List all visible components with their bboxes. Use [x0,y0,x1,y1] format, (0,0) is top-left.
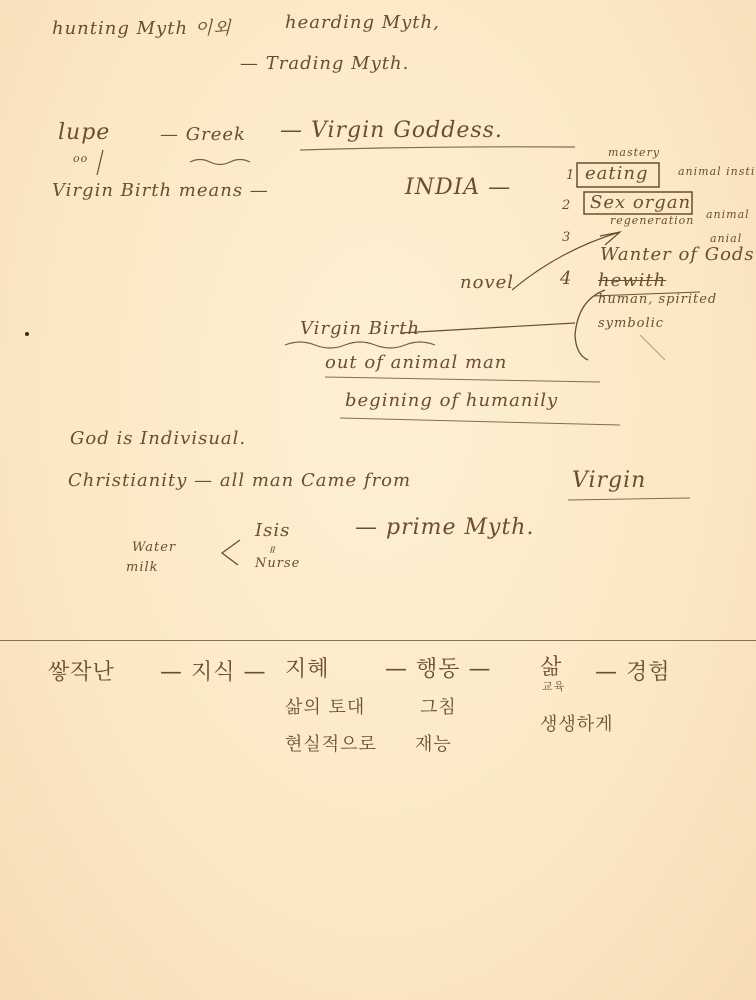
korean-word-wisdom: 지혜 [285,652,330,683]
note-begining-of-humanily: begining of humanily [345,390,558,411]
note-greek: — Greek [160,124,246,145]
note-line-trading-myth: — Trading Myth. [240,53,409,74]
korean-wisdom-sub-2: 현실적으로 [285,730,377,756]
note-novel: novel [460,272,514,293]
note-line-hearding-myth: hearding Myth, [285,12,440,33]
korean-word-knowledge: — 지식 — [160,655,267,686]
note-equals: ॥ [268,542,276,557]
korean-wisdom-sub-1: 삶의 토대 [285,693,365,719]
note-greek-word: Greek [186,124,246,145]
korean-action-sub-1: 그침 [420,693,457,719]
korean-word-experience: — 경험 [595,655,671,686]
note-line-hunting-myth: hunting Myth 이외 [52,14,232,40]
note-isis: Isis [255,520,290,541]
korean-word-1: 쌓작난 [48,655,115,686]
korean-word-life: 삶 [540,650,562,681]
list-item-wanter-of-gods: Wanter of Gods [600,244,755,265]
note-prime-myth: — prime Myth. [355,515,534,540]
note-virgin-birth-means: Virgin Birth means — [52,180,269,201]
list-item-sex-organ: Sex organ [590,192,691,213]
korean-word-life-sub: 교육 [542,678,565,694]
note-christianity: Christianity — all man Came from [68,470,411,491]
note-god-is-indivisual: God is Indivisual. [70,428,246,449]
note-human-spirited: human, spirited [598,292,717,307]
note-animal-2: animal [706,208,750,221]
list-item-hewith: hewith [598,270,666,291]
korean-life-sub-1: 생생하게 [540,710,614,736]
section-divider [0,640,756,641]
note-milk: milk [126,560,159,575]
list-num-2: 2 [562,198,571,213]
list-num-3: 3 [562,230,571,245]
note-nurse: Nurse [255,556,300,571]
note-virgin-birth-title: Virgin Birth [300,318,420,339]
list-item-eating: eating [585,163,649,184]
note-animal-instinct: animal instinct [678,165,756,178]
note-anial: anial [710,232,742,245]
note-symbolic: symbolic [598,316,664,331]
note-virgin-emph: Virgin [572,468,646,493]
korean-word-action: — 행동 — [385,652,492,683]
list-num-4: 4 [560,268,572,289]
note-regeneration: regeneration [610,214,694,227]
note-mastery: mastery [608,146,660,159]
notebook-page: hunting Myth 이외 hearding Myth, — Trading… [0,0,756,1000]
ink-dot [25,332,29,336]
list-num-1: 1 [566,168,575,183]
note-out-of-animal-man: out of animal man [325,352,507,373]
note-india: INDIA — [405,175,511,200]
note-water: Water [132,540,176,555]
korean-action-sub-2: 재능 [415,730,452,756]
note-lupe: lupe [58,120,110,145]
note-virgin-goddess: — Virgin Goddess. [280,118,503,143]
note-lupe-mark: oo [73,152,88,165]
